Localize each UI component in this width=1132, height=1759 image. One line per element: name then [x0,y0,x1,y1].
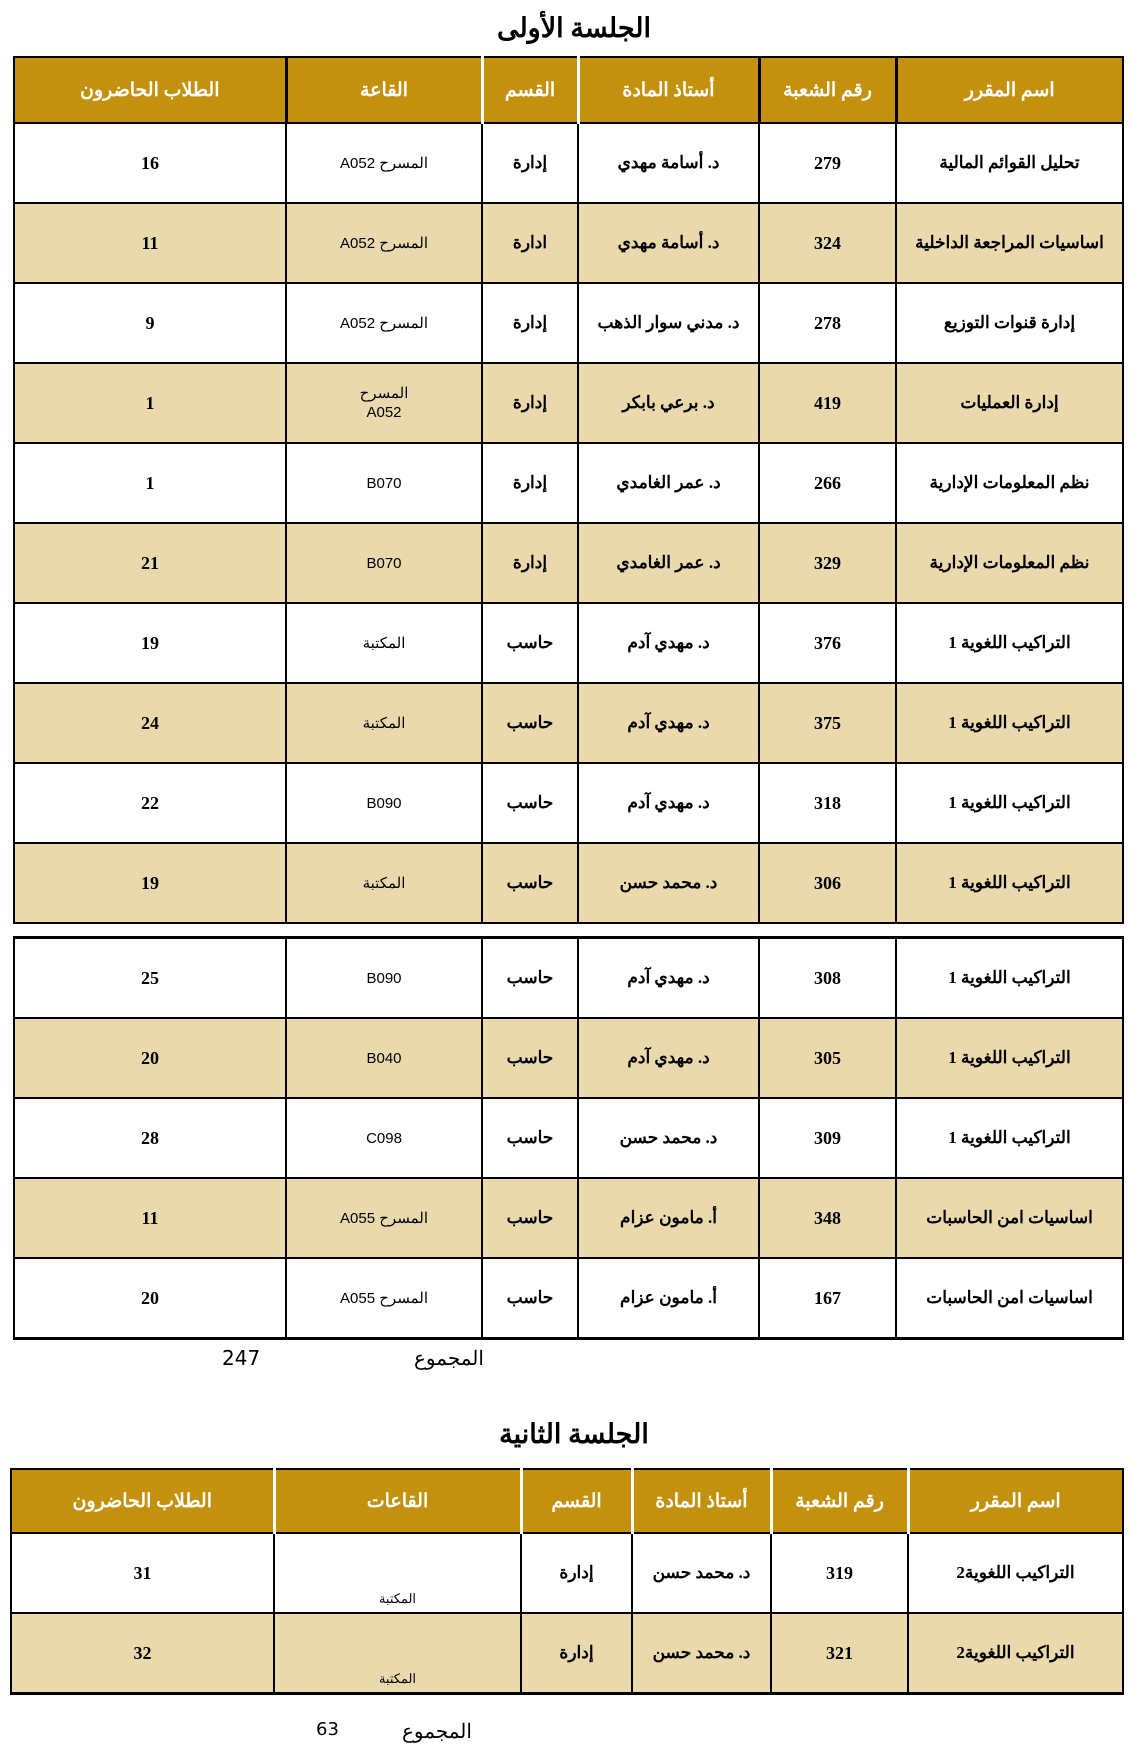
section-number-cell: 306 [759,843,896,923]
department-cell: إدارة [482,443,578,523]
course-name-cell: إدارة العمليات [896,363,1123,443]
department-cell: إدارة [521,1533,632,1613]
present-count-cell: 1 [14,363,286,443]
course-name-cell: التراكيب اللغوية 1 [896,1098,1123,1178]
session2-table-header: اسم المقرر رقم الشعبة أستاذ المادة القسم… [11,1469,1123,1533]
instructor-cell: أ. مامون عزام [578,1178,759,1258]
col-header-present: الطلاب الحاضرون [14,57,286,123]
present-count-cell: 25 [14,938,286,1019]
present-count-cell: 32 [11,1613,274,1694]
present-count-cell: 24 [14,683,286,763]
section-number-cell: 348 [759,1178,896,1258]
room-cell: المكتبة [274,1533,521,1613]
col-header-section: رقم الشعبة [771,1469,908,1533]
room-cell: B040 [286,1018,482,1098]
course-name-cell: إدارة قنوات التوزيع [896,283,1123,363]
instructor-cell: د. مدني سوار الذهب [578,283,759,363]
department-cell: إدارة [482,363,578,443]
section-number-cell: 278 [759,283,896,363]
instructor-cell: د. مهدي آدم [578,1018,759,1098]
table-row: التراكيب اللغوية 1308د. مهدي آدمحاسبB090… [14,938,1123,1019]
present-count-cell: 20 [14,1018,286,1098]
section-number-cell: 167 [759,1258,896,1339]
table-row: التراكيب اللغوية 1376د. مهدي آدمحاسبالمك… [14,603,1123,683]
col-header-instructor: أستاذ المادة [578,57,759,123]
department-cell: حاسب [482,683,578,763]
table-row: اساسيات امن الحاسبات348أ. مامون عزامحاسب… [14,1178,1123,1258]
section-number-cell: 419 [759,363,896,443]
header-row: اسم المقرر رقم الشعبة أستاذ المادة القسم… [11,1469,1123,1533]
session2-total-label: المجموع [402,1719,472,1744]
course-name-cell: التراكيب اللغوية 1 [896,843,1123,923]
department-cell: حاسب [482,603,578,683]
col-header-present: الطلاب الحاضرون [11,1469,274,1533]
col-header-course: اسم المقرر [896,57,1123,123]
table-row: التراكيب اللغوية 1318د. مهدي آدمحاسبB090… [14,763,1123,843]
course-name-cell: اساسيات المراجعة الداخلية [896,203,1123,283]
course-name-cell: التراكيب اللغوية2 [908,1533,1123,1613]
present-count-cell: 19 [14,603,286,683]
section-number-cell: 319 [771,1533,908,1613]
course-name-cell: التراكيب اللغوية 1 [896,1018,1123,1098]
table-row: إدارة قنوات التوزيع278د. مدني سوار الذهب… [14,283,1123,363]
document-page: الجلسة الأولى اسم المقرر رقم الشعبة أستا… [16,0,1132,1753]
instructor-cell: د. مهدي آدم [578,938,759,1019]
section-number-cell: 279 [759,123,896,203]
course-name-cell: التراكيب اللغوية 1 [896,683,1123,763]
room-cell: المسرح A052 [286,123,482,203]
room-cell: المكتبة [286,683,482,763]
room-cell: المسرح A052 [286,283,482,363]
table-row: التراكيب اللغوية2319د. محمد حسنإدارةالمك… [11,1533,1123,1613]
room-cell: المسرح A052 [286,363,482,443]
course-name-cell: التراكيب اللغوية 1 [896,763,1123,843]
section-number-cell: 324 [759,203,896,283]
department-cell: حاسب [482,1178,578,1258]
instructor-cell: د. برعي بابكر [578,363,759,443]
course-name-cell: التراكيب اللغوية 1 [896,603,1123,683]
room-cell: المكتبة [274,1613,521,1694]
session2-title: الجلسة الثانية [24,1416,1124,1452]
session2-total-value: 63 [316,1719,339,1740]
room-cell: المسرح A052 [286,203,482,283]
room-cell: B070 [286,443,482,523]
course-name-cell: اساسيات امن الحاسبات [896,1178,1123,1258]
present-count-cell: 11 [14,203,286,283]
present-count-cell: 20 [14,1258,286,1339]
col-header-section: رقم الشعبة [759,57,896,123]
room-cell: C098 [286,1098,482,1178]
department-cell: ادارة [482,203,578,283]
present-count-cell: 16 [14,123,286,203]
session1-total-label: المجموع [414,1346,484,1371]
col-header-department: القسم [521,1469,632,1533]
col-header-instructor: أستاذ المادة [632,1469,771,1533]
col-header-room: القاعة [286,57,482,123]
instructor-cell: د. محمد حسن [632,1613,771,1694]
col-header-course: اسم المقرر [908,1469,1123,1533]
instructor-cell: د. عمر الغامدي [578,443,759,523]
course-name-cell: نظم المعلومات الإدارية [896,523,1123,603]
room-cell: المسرح A055 [286,1178,482,1258]
instructor-cell: د. عمر الغامدي [578,523,759,603]
session1-table-part1: اسم المقرر رقم الشعبة أستاذ المادة القسم… [13,56,1124,924]
department-cell: إدارة [482,123,578,203]
session1-table-header: اسم المقرر رقم الشعبة أستاذ المادة القسم… [14,57,1123,123]
department-cell: حاسب [482,938,578,1019]
session1-total-row: المجموع 247 [24,1340,1124,1386]
instructor-cell: د. محمد حسن [578,843,759,923]
table-row: اساسيات المراجعة الداخلية324د. أسامة مهد… [14,203,1123,283]
room-cell: B070 [286,523,482,603]
instructor-cell: د. مهدي آدم [578,683,759,763]
present-count-cell: 31 [11,1533,274,1613]
present-count-cell: 11 [14,1178,286,1258]
department-cell: إدارة [521,1613,632,1694]
course-name-cell: نظم المعلومات الإدارية [896,443,1123,523]
table-row: تحليل القوائم المالية279د. أسامة مهديإدا… [14,123,1123,203]
section-number-cell: 376 [759,603,896,683]
section-number-cell: 266 [759,443,896,523]
department-cell: حاسب [482,1258,578,1339]
instructor-cell: أ. مامون عزام [578,1258,759,1339]
room-cell: المسرح A055 [286,1258,482,1339]
department-cell: حاسب [482,843,578,923]
table-row: التراكيب اللغوية 1306د. محمد حسنحاسبالمك… [14,843,1123,923]
section-number-cell: 309 [759,1098,896,1178]
room-cell: المكتبة [286,603,482,683]
section-number-cell: 305 [759,1018,896,1098]
table-row: اساسيات امن الحاسبات167أ. مامون عزامحاسب… [14,1258,1123,1339]
present-count-cell: 19 [14,843,286,923]
table-row: التراكيب اللغوية 1305د. مهدي آدمحاسبB040… [14,1018,1123,1098]
instructor-cell: د. محمد حسن [632,1533,771,1613]
header-row: اسم المقرر رقم الشعبة أستاذ المادة القسم… [14,57,1123,123]
section-number-cell: 308 [759,938,896,1019]
session1-table-part2: التراكيب اللغوية 1308د. مهدي آدمحاسبB090… [13,936,1124,1340]
instructor-cell: د. محمد حسن [578,1098,759,1178]
department-cell: حاسب [482,1018,578,1098]
instructor-cell: د. مهدي آدم [578,763,759,843]
table-row: نظم المعلومات الإدارية329د. عمر الغامديإ… [14,523,1123,603]
room-cell: B090 [286,763,482,843]
course-name-cell: التراكيب اللغوية2 [908,1613,1123,1694]
section-number-cell: 321 [771,1613,908,1694]
col-header-department: القسم [482,57,578,123]
present-count-cell: 21 [14,523,286,603]
room-cell: B090 [286,938,482,1019]
instructor-cell: د. أسامة مهدي [578,203,759,283]
instructor-cell: د. أسامة مهدي [578,123,759,203]
present-count-cell: 1 [14,443,286,523]
session2-table: اسم المقرر رقم الشعبة أستاذ المادة القسم… [10,1468,1124,1695]
present-count-cell: 9 [14,283,286,363]
table-row: نظم المعلومات الإدارية266د. عمر الغامديإ… [14,443,1123,523]
department-cell: حاسب [482,1098,578,1178]
table-row: التراكيب اللغوية2321د. محمد حسنإدارةالمك… [11,1613,1123,1694]
section-number-cell: 329 [759,523,896,603]
table-row: التراكيب اللغوية 1309د. محمد حسنحاسبC098… [14,1098,1123,1178]
present-count-cell: 28 [14,1098,286,1178]
course-name-cell: تحليل القوائم المالية [896,123,1123,203]
department-cell: إدارة [482,523,578,603]
session2-total-row: المجموع 63 [24,1713,1124,1753]
room-cell: المكتبة [286,843,482,923]
course-name-cell: التراكيب اللغوية 1 [896,938,1123,1019]
section-number-cell: 318 [759,763,896,843]
session1-total-value: 247 [222,1346,260,1370]
section-number-cell: 375 [759,683,896,763]
course-name-cell: اساسيات امن الحاسبات [896,1258,1123,1339]
table-row: التراكيب اللغوية 1375د. مهدي آدمحاسبالمك… [14,683,1123,763]
present-count-cell: 22 [14,763,286,843]
department-cell: حاسب [482,763,578,843]
department-cell: إدارة [482,283,578,363]
col-header-rooms: القاعات [274,1469,521,1533]
instructor-cell: د. مهدي آدم [578,603,759,683]
session1-title: الجلسة الأولى [24,10,1124,46]
table-row: إدارة العمليات419د. برعي بابكرإدارةالمسر… [14,363,1123,443]
